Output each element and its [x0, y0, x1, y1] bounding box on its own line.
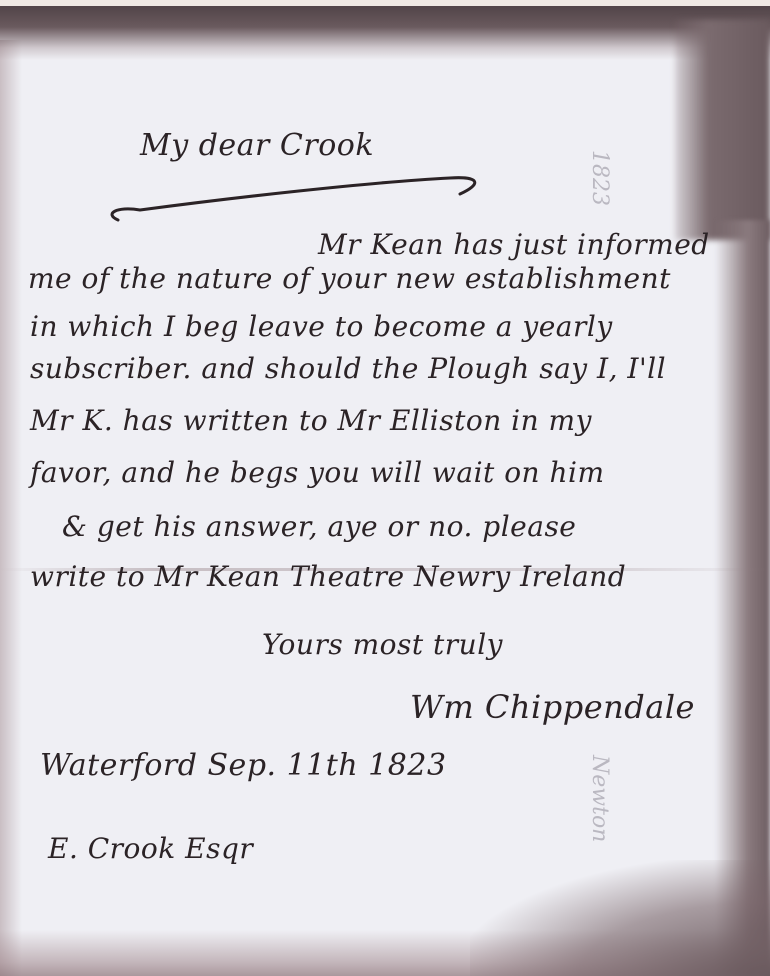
body-line-1: Mr Kean has just informed [318, 228, 710, 261]
edge-stain-right [715, 220, 770, 976]
scan-edge-top [0, 0, 770, 6]
body-line-6: favor, and he begs you will wait on him [30, 456, 605, 489]
edge-stain-top [0, 0, 770, 60]
letter-sheet: 1823 Newton My dear Crook Mr Kean has ju… [0, 0, 770, 976]
body-line-8: write to Mr Kean Theatre Newry Ireland [30, 560, 626, 593]
edge-stain-bottom-right [470, 860, 770, 976]
bleed-through-name: Newton [587, 755, 612, 842]
body-line-5: Mr K. has written to Mr Elliston in my [30, 404, 592, 437]
edge-stain-right-top [675, 20, 770, 240]
letter-signature: Wm Chippendale [410, 688, 695, 726]
edge-stain-left [0, 40, 22, 976]
body-line-2: me of the nature of your new establishme… [28, 262, 671, 295]
letter-greeting: My dear Crook [140, 128, 374, 163]
body-line-7: & get his answer, aye or no. please [62, 510, 576, 543]
bleed-through-year: 1823 [587, 150, 612, 206]
letter-recipient: E. Crook Esqr [48, 832, 253, 865]
greeting-flourish-icon [110, 168, 490, 228]
body-line-4: subscriber. and should the Plough say I,… [30, 352, 666, 385]
body-line-3: in which I beg leave to become a yearly [30, 310, 613, 343]
letter-closing: Yours most truly [262, 628, 503, 661]
edge-stain-bottom [0, 930, 770, 976]
letter-dateline: Waterford Sep. 11th 1823 [40, 748, 447, 783]
